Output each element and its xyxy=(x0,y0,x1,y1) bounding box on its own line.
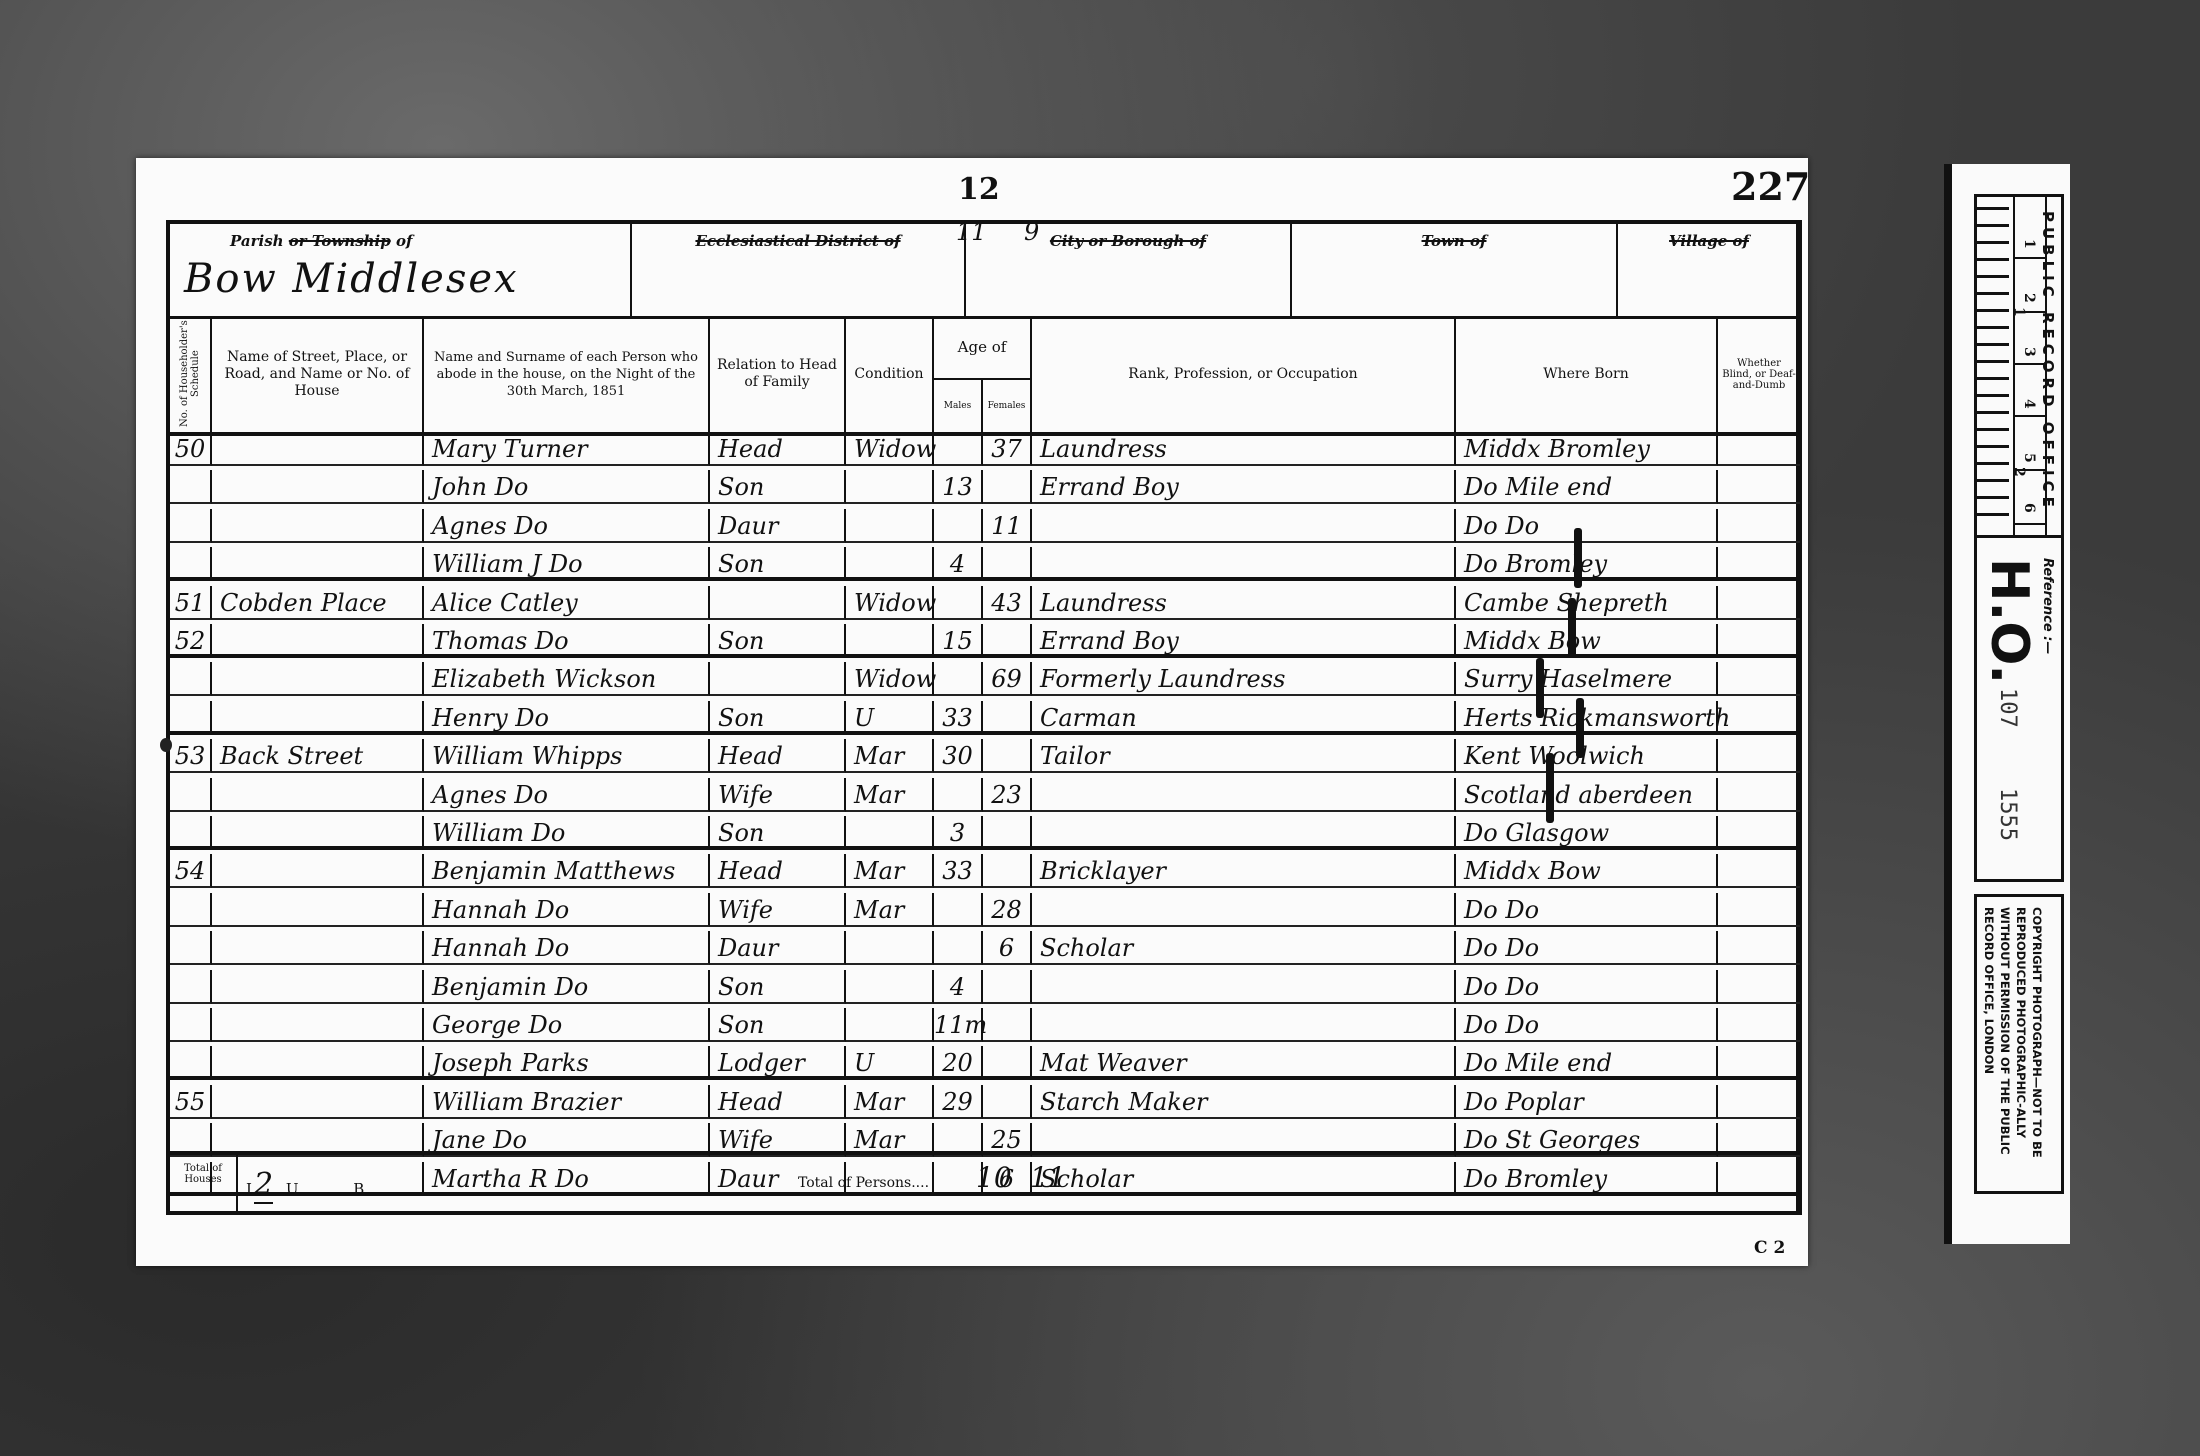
female-age: 11 xyxy=(983,509,1032,543)
marital-condition: Widow xyxy=(846,432,934,466)
male-age: 33 xyxy=(934,854,983,888)
piece-number: 1555 xyxy=(1995,788,2020,841)
person-name: William J Do xyxy=(424,547,710,581)
street-address xyxy=(212,547,424,581)
female-age: 23 xyxy=(983,778,1032,812)
blind-deaf xyxy=(1718,1085,1800,1119)
town-label: Town of xyxy=(1292,232,1616,250)
male-age: 4 xyxy=(934,970,983,1004)
marital-condition: Mar xyxy=(846,893,934,927)
street-address xyxy=(212,662,424,696)
schedule-number xyxy=(170,778,212,812)
parish-value: Bow Middlesex xyxy=(184,256,519,302)
header-age-males: Males xyxy=(934,380,983,432)
census-row: Hannah DoWifeMar28Do Do xyxy=(170,893,1796,927)
occupation: Carman xyxy=(1032,701,1456,735)
column-header-row: No. of Householder's Schedule Name of St… xyxy=(170,316,1796,436)
street-address xyxy=(212,1046,424,1080)
male-age xyxy=(934,432,983,466)
tally-mark xyxy=(1546,753,1554,823)
marital-condition: Mar xyxy=(846,778,934,812)
occupation: Laundress xyxy=(1032,432,1456,466)
male-age xyxy=(934,586,983,620)
census-row: 51Cobden PlaceAlice CatleyWidow43Laundre… xyxy=(170,586,1796,620)
occupation xyxy=(1032,970,1456,1004)
relation-to-head: Head xyxy=(710,854,846,888)
relation-to-head: Son xyxy=(710,624,846,658)
total-males: 10 xyxy=(976,1161,1012,1194)
female-age xyxy=(983,547,1032,581)
schedule-number: 51 xyxy=(170,586,212,620)
occupation: Errand Boy xyxy=(1032,624,1456,658)
birthplace: Middx Bromley xyxy=(1456,432,1718,466)
houses-uninhabited xyxy=(298,1192,342,1194)
total-houses-label: Total of Houses xyxy=(170,1155,238,1211)
marital-condition xyxy=(846,970,934,1004)
person-name: William Brazier xyxy=(424,1085,710,1119)
occupation: Starch Maker xyxy=(1032,1085,1456,1119)
female-age xyxy=(983,816,1032,850)
street-address xyxy=(212,432,424,466)
village-cell: Village of xyxy=(1618,224,1800,316)
relation-to-head: Lodger xyxy=(710,1046,846,1080)
tally-mark xyxy=(1536,658,1544,718)
tally-mark xyxy=(1568,598,1576,658)
schedule-number xyxy=(170,1046,212,1080)
occupation xyxy=(1032,1008,1456,1042)
female-age xyxy=(983,739,1032,773)
occupation xyxy=(1032,893,1456,927)
blind-deaf xyxy=(1718,893,1800,927)
marital-condition: Mar xyxy=(846,854,934,888)
male-age: 15 xyxy=(934,624,983,658)
scale-ruler: 1 2 1 2 3 4 5 6 PUBLIC RECORD OFFICE xyxy=(1974,194,2064,538)
totals-row: Total of Houses I2 U B Total of Persons.… xyxy=(170,1151,1796,1211)
census-row: Henry DoSonU33CarmanHerts Rickmansworth xyxy=(170,701,1796,735)
street-address xyxy=(212,854,424,888)
marital-condition: Mar xyxy=(846,1085,934,1119)
occupation: Mat Weaver xyxy=(1032,1046,1456,1080)
blind-deaf xyxy=(1718,432,1800,466)
birthplace: Scotland aberdeen xyxy=(1456,778,1718,812)
census-row: 50Mary TurnerHeadWidow37LaundressMiddx B… xyxy=(170,432,1796,466)
header-name: Name and Surname of each Person who abod… xyxy=(424,316,710,432)
street-address: Cobden Place xyxy=(212,586,424,620)
blind-deaf xyxy=(1718,701,1800,735)
females-tally-note: 9 xyxy=(1024,218,1039,246)
census-row: Elizabeth WicksonWidow69Formerly Laundre… xyxy=(170,662,1796,696)
series-code: H.O. xyxy=(1983,558,2035,684)
blind-deaf xyxy=(1718,931,1800,965)
birthplace: Do Mile end xyxy=(1456,1046,1718,1080)
female-age xyxy=(983,1008,1032,1042)
schedule-number xyxy=(170,931,212,965)
birthplace: Do Do xyxy=(1456,1008,1718,1042)
birthplace: Middx Bow xyxy=(1456,624,1718,658)
marital-condition: U xyxy=(846,1046,934,1080)
birthplace: Kent Woolwich xyxy=(1456,739,1718,773)
occupation: Laundress xyxy=(1032,586,1456,620)
blind-deaf xyxy=(1718,547,1800,581)
marital-condition xyxy=(846,931,934,965)
birthplace: Do Bromley xyxy=(1456,547,1718,581)
census-row: 54Benjamin MatthewsHeadMar33BricklayerMi… xyxy=(170,854,1796,888)
ecclesiastical-cell: Ecclesiastical District of xyxy=(632,224,966,316)
street-address: Back Street xyxy=(212,739,424,773)
total-persons-label: Total of Persons.... xyxy=(798,1175,929,1191)
birthplace: Cambe Shepreth xyxy=(1456,586,1718,620)
schedule-number: 53 xyxy=(170,739,212,773)
city-label: City or Borough of xyxy=(966,232,1290,250)
census-sheet: 12 227 Parish or Township of Bow Middles… xyxy=(136,158,1808,1266)
relation-to-head: Head xyxy=(710,1085,846,1119)
female-age xyxy=(983,624,1032,658)
female-age: 37 xyxy=(983,432,1032,466)
header-condition: Condition xyxy=(846,316,934,432)
reference-box: H.O. Reference :— 107 1555 xyxy=(1974,538,2064,882)
census-row: William J DoSon4Do Bromley xyxy=(170,547,1796,581)
male-age xyxy=(934,931,983,965)
male-age: 33 xyxy=(934,701,983,735)
male-age: 4 xyxy=(934,547,983,581)
binding-hole xyxy=(160,738,172,752)
folio-number: 12 xyxy=(958,172,1000,207)
relation-to-head: Head xyxy=(710,432,846,466)
schedule-number xyxy=(170,1008,212,1042)
male-age: 20 xyxy=(934,1046,983,1080)
male-age xyxy=(934,778,983,812)
tally-mark xyxy=(1576,698,1584,758)
occupation xyxy=(1032,509,1456,543)
parish-cell: Parish or Township of Bow Middlesex xyxy=(170,224,632,316)
person-name: Thomas Do xyxy=(424,624,710,658)
occupation xyxy=(1032,547,1456,581)
occupation: Scholar xyxy=(1032,931,1456,965)
blind-deaf xyxy=(1718,970,1800,1004)
male-age: 11m xyxy=(934,1008,983,1042)
header-street: Name of Street, Place, or Road, and Name… xyxy=(212,316,424,432)
person-name: Mary Turner xyxy=(424,432,710,466)
census-row: Joseph ParksLodgerU20Mat WeaverDo Mile e… xyxy=(170,1046,1796,1080)
male-age: 29 xyxy=(934,1085,983,1119)
person-name: William Whipps xyxy=(424,739,710,773)
relation-to-head xyxy=(710,586,846,620)
blind-deaf xyxy=(1718,586,1800,620)
birthplace: Middx Bow xyxy=(1456,854,1718,888)
schedule-number xyxy=(170,509,212,543)
schedule-number xyxy=(170,816,212,850)
males-tally-note: 11 xyxy=(956,218,987,246)
houses-inhabited: 2 xyxy=(254,1167,273,1204)
class-number: 107 xyxy=(1995,688,2020,728)
blind-deaf xyxy=(1718,816,1800,850)
female-age xyxy=(983,1085,1032,1119)
blind-deaf xyxy=(1718,1008,1800,1042)
houses-building xyxy=(364,1192,408,1194)
census-row: Agnes DoDaur11Do Do xyxy=(170,509,1796,543)
marital-condition xyxy=(846,816,934,850)
street-address xyxy=(212,470,424,504)
birthplace: Do Glasgow xyxy=(1456,816,1718,850)
person-name: Benjamin Matthews xyxy=(424,854,710,888)
occupation xyxy=(1032,816,1456,850)
female-age xyxy=(983,701,1032,735)
parish-label: Parish or Township of xyxy=(170,232,690,250)
person-name: Alice Catley xyxy=(424,586,710,620)
header-schedule: No. of Householder's Schedule xyxy=(170,316,212,432)
header-age-label: Age of xyxy=(934,316,1030,380)
street-address xyxy=(212,1085,424,1119)
birthplace: Do Do xyxy=(1456,970,1718,1004)
ecclesiastical-label: Ecclesiastical District of xyxy=(632,232,964,250)
person-name: Hannah Do xyxy=(424,893,710,927)
relation-to-head: Son xyxy=(710,816,846,850)
female-age xyxy=(983,970,1032,1004)
person-name: Benjamin Do xyxy=(424,970,710,1004)
female-age xyxy=(983,1046,1032,1080)
birthplace: Do Poplar xyxy=(1456,1085,1718,1119)
relation-to-head xyxy=(710,662,846,696)
city-cell: City or Borough of xyxy=(966,224,1292,316)
birthplace: Herts Rickmansworth xyxy=(1456,701,1718,735)
ruler-ticks xyxy=(1977,207,2009,527)
female-age: 28 xyxy=(983,893,1032,927)
person-name: Joseph Parks xyxy=(424,1046,710,1080)
marital-condition: U xyxy=(846,701,934,735)
schedule-number xyxy=(170,970,212,1004)
birthplace: Do Do xyxy=(1456,509,1718,543)
schedule-number xyxy=(170,893,212,927)
occupation: Errand Boy xyxy=(1032,470,1456,504)
person-name: George Do xyxy=(424,1008,710,1042)
street-address xyxy=(212,778,424,812)
relation-to-head: Wife xyxy=(710,778,846,812)
male-age: 3 xyxy=(934,816,983,850)
male-age xyxy=(934,893,983,927)
marital-condition: Widow xyxy=(846,662,934,696)
blind-deaf xyxy=(1718,739,1800,773)
blind-deaf xyxy=(1718,662,1800,696)
census-row: Benjamin DoSon4Do Do xyxy=(170,970,1796,1004)
street-address xyxy=(212,816,424,850)
marital-condition: Widow xyxy=(846,586,934,620)
street-address xyxy=(212,1008,424,1042)
village-label: Village of xyxy=(1618,232,1800,250)
town-cell: Town of xyxy=(1292,224,1618,316)
male-age xyxy=(934,662,983,696)
female-age xyxy=(983,470,1032,504)
street-address xyxy=(212,970,424,1004)
blind-deaf xyxy=(1718,624,1800,658)
tally-mark xyxy=(1574,528,1582,588)
reference-strip: 1 2 1 2 3 4 5 6 PUBLIC RECORD OFFICE H.O… xyxy=(1944,164,2070,1244)
street-address xyxy=(212,931,424,965)
male-age: 30 xyxy=(934,739,983,773)
schedule-number: 52 xyxy=(170,624,212,658)
census-row: Hannah DoDaur6ScholarDo Do xyxy=(170,931,1796,965)
public-record-office-label: PUBLIC RECORD OFFICE xyxy=(2039,211,2057,512)
person-name: Agnes Do xyxy=(424,778,710,812)
marital-condition xyxy=(846,509,934,543)
marital-condition xyxy=(846,624,934,658)
page-number: 227 xyxy=(1731,164,1810,209)
schedule-number xyxy=(170,701,212,735)
relation-to-head: Wife xyxy=(710,893,846,927)
marital-condition: Mar xyxy=(846,739,934,773)
person-name: Henry Do xyxy=(424,701,710,735)
birthplace: Do Do xyxy=(1456,931,1718,965)
street-address xyxy=(212,509,424,543)
schedule-number: 55 xyxy=(170,1085,212,1119)
relation-to-head: Daur xyxy=(710,509,846,543)
schedule-number: 50 xyxy=(170,432,212,466)
birthplace: Do Do xyxy=(1456,893,1718,927)
schedule-number xyxy=(170,662,212,696)
census-row: John DoSon13Errand BoyDo Mile end xyxy=(170,470,1796,504)
relation-to-head: Son xyxy=(710,547,846,581)
schedule-number: 54 xyxy=(170,854,212,888)
relation-to-head: Head xyxy=(710,739,846,773)
relation-to-head: Son xyxy=(710,970,846,1004)
male-age: 13 xyxy=(934,470,983,504)
birthplace: Surry Haselmere xyxy=(1456,662,1718,696)
copyright-notice: COPYRIGHT PHOTOGRAPH—NOT TO BE REPRODUCE… xyxy=(1974,894,2064,1194)
header-relation: Relation to Head of Family xyxy=(710,316,846,432)
occupation: Formerly Laundress xyxy=(1032,662,1456,696)
reference-label: Reference :— xyxy=(2040,558,2055,654)
street-address xyxy=(212,701,424,735)
female-age: 6 xyxy=(983,931,1032,965)
blind-deaf xyxy=(1718,509,1800,543)
relation-to-head: Son xyxy=(710,701,846,735)
blind-deaf xyxy=(1718,854,1800,888)
person-name: Agnes Do xyxy=(424,509,710,543)
marital-condition xyxy=(846,1008,934,1042)
header-occupation: Rank, Profession, or Occupation xyxy=(1032,316,1456,432)
relation-to-head: Son xyxy=(710,470,846,504)
birthplace: Do Mile end xyxy=(1456,470,1718,504)
header-blind-deaf: Whether Blind, or Deaf-and-Dumb xyxy=(1718,316,1800,432)
occupation xyxy=(1032,778,1456,812)
sheet-code: C 2 xyxy=(1754,1238,1785,1258)
schedule-number xyxy=(170,547,212,581)
street-address xyxy=(212,624,424,658)
blind-deaf xyxy=(1718,470,1800,504)
total-females: 11 xyxy=(1030,1161,1066,1194)
female-age: 69 xyxy=(983,662,1032,696)
marital-condition xyxy=(846,470,934,504)
relation-to-head: Son xyxy=(710,1008,846,1042)
schedule-number xyxy=(170,470,212,504)
occupation: Tailor xyxy=(1032,739,1456,773)
header-age: Age of Males Females xyxy=(934,316,1032,432)
female-age: 43 xyxy=(983,586,1032,620)
relation-to-head: Daur xyxy=(710,931,846,965)
female-age xyxy=(983,854,1032,888)
header-age-females: Females xyxy=(983,380,1030,432)
blind-deaf xyxy=(1718,778,1800,812)
census-table: Parish or Township of Bow Middlesex Eccl… xyxy=(166,220,1802,1215)
blind-deaf xyxy=(1718,1046,1800,1080)
male-age xyxy=(934,509,983,543)
street-address xyxy=(212,893,424,927)
occupation: Bricklayer xyxy=(1032,854,1456,888)
person-name: William Do xyxy=(424,816,710,850)
person-name: John Do xyxy=(424,470,710,504)
census-row: 55William BrazierHeadMar29Starch MakerDo… xyxy=(170,1085,1796,1119)
header-where-born: Where Born xyxy=(1456,316,1718,432)
marital-condition xyxy=(846,547,934,581)
total-houses: I2 U B xyxy=(246,1167,414,1202)
census-row: George DoSon11mDo Do xyxy=(170,1008,1796,1042)
person-name: Hannah Do xyxy=(424,931,710,965)
census-row: 52Thomas DoSon15Errand BoyMiddx Bow xyxy=(170,624,1796,658)
person-name: Elizabeth Wickson xyxy=(424,662,710,696)
